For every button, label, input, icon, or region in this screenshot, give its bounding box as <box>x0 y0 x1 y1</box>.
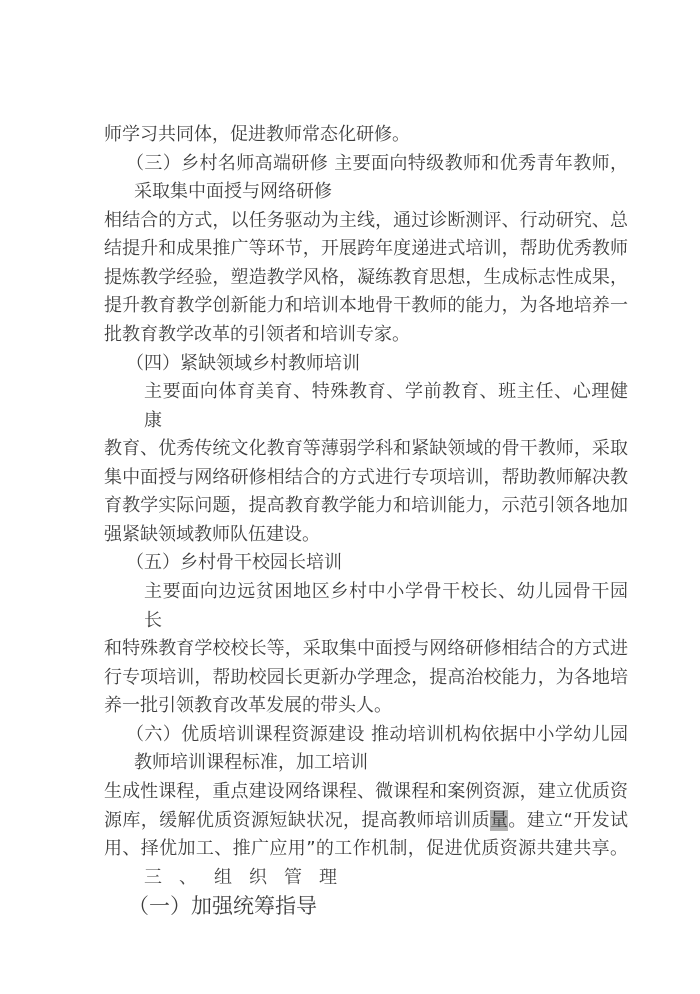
body-text-line: 用、择优加工、推广应用”的工作机制，促进优质资源共建共享。 <box>104 835 628 864</box>
body-text-line: 养一批引领教育改革发展的带头人。 <box>104 692 628 721</box>
highlighted-character: 量 <box>490 810 508 831</box>
section-3-heading-line: （三）乡村名师高端研修 主要面向特级教师和优秀青年教师， <box>104 150 628 179</box>
section-6-heading-line: （六）优质培训课程资源建设 推动培训机构依据中小学幼儿园 <box>104 721 628 750</box>
body-text-line: 主要面向体育美育、特殊教育、学前教育、班主任、心理健康 <box>104 378 628 435</box>
body-text-line-with-highlight: 源库，缓解优质资源短缺状况，提高教师培训质量。建立“开发试 <box>104 807 628 836</box>
part-3-heading: 三、组织管理 <box>104 864 628 893</box>
body-text-line: 相结合的方式，以任务驱动为主线，通过诊断测评、行动研究、总 <box>104 207 628 236</box>
body-text-line: 生成性课程，重点建设网络课程、微课程和案例资源，建立优质资 <box>104 778 628 807</box>
section-4-heading: （四）紧缺领域乡村教师培训 <box>104 350 628 379</box>
body-text-line: 强紧缺领域教师队伍建设。 <box>104 521 628 550</box>
body-text-line: 结提升和成果推广等环节，开展跨年度递进式培训，帮助优秀教师 <box>104 235 628 264</box>
body-text-segment: 源库，缓解优质资源短缺状况，提高教师培训质 <box>104 810 490 831</box>
section-3-text-line: 采取集中面授与网络研修 <box>104 178 628 207</box>
subsection-1-heading: （一）加强统筹指导 <box>104 892 628 921</box>
section-6-text-line: 教师培训课程标准，加工培训 <box>104 749 628 778</box>
body-text-line: 提炼教学经验，塑造教学风格，凝练教育思想，生成标志性成果， <box>104 264 628 293</box>
body-text-segment: 。建立“开发试 <box>508 810 628 831</box>
section-5-heading: （五）乡村骨干校园长培训 <box>104 549 628 578</box>
body-text-line: 和特殊教育学校校长等，采取集中面授与网络研修相结合的方式进 <box>104 635 628 664</box>
body-text-line: 批教育教学改革的引领者和培训专家。 <box>104 321 628 350</box>
body-text-line: 主要面向边远贫困地区乡村中小学骨干校长、幼儿园骨干园长 <box>104 578 628 635</box>
document-page: 师学习共同体，促进教师常态化研修。 （三）乡村名师高端研修 主要面向特级教师和优… <box>0 0 700 994</box>
continuation-text-line: 师学习共同体，促进教师常态化研修。 <box>104 121 628 150</box>
document-text-block: 师学习共同体，促进教师常态化研修。 （三）乡村名师高端研修 主要面向特级教师和优… <box>104 121 628 921</box>
body-text-line: 行专项培训，帮助校园长更新办学理念，提高治校能力，为各地培 <box>104 664 628 693</box>
body-text-line: 集中面授与网络研修相结合的方式进行专项培训，帮助教师解决教 <box>104 464 628 493</box>
body-text-line: 教育、优秀传统文化教育等薄弱学科和紧缺领域的骨干教师，采取 <box>104 435 628 464</box>
body-text-line: 提升教育教学创新能力和培训本地骨干教师的能力，为各地培养一 <box>104 292 628 321</box>
body-text-line: 育教学实际问题，提高教育教学能力和培训能力，示范引领各地加 <box>104 492 628 521</box>
